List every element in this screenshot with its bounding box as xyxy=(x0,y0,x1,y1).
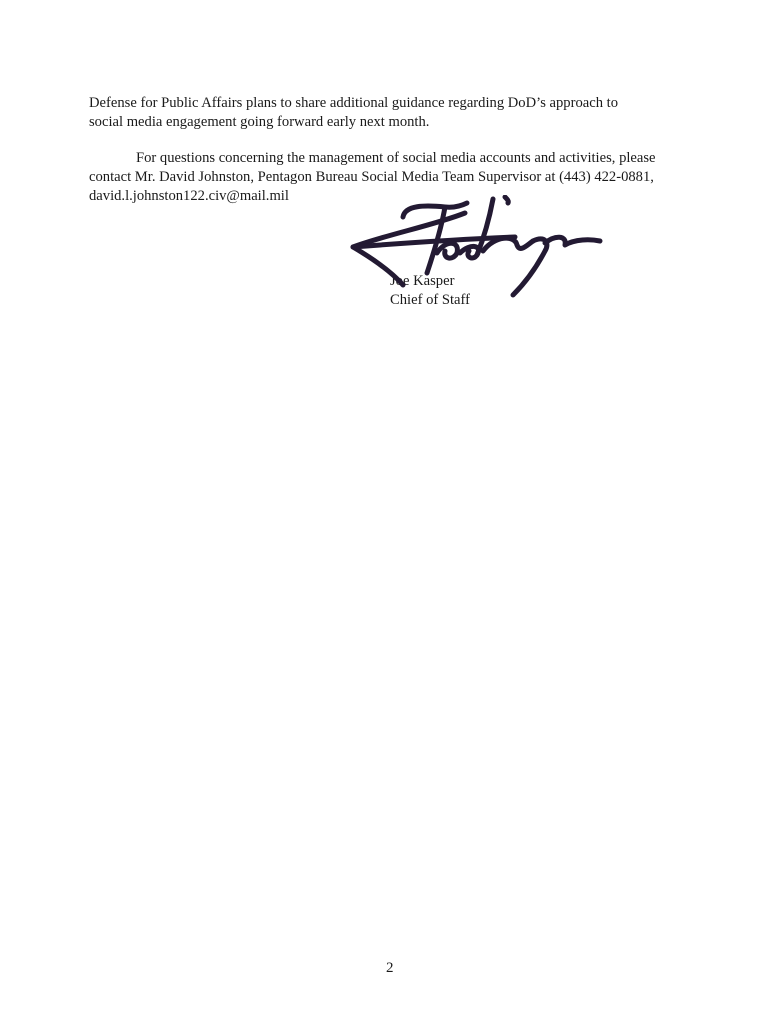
text-line: Defense for Public Affairs plans to shar… xyxy=(89,94,709,113)
page-number: 2 xyxy=(386,960,394,977)
handwritten-signature-icon xyxy=(345,195,610,300)
paragraph-public-affairs-guidance: Defense for Public Affairs plans to shar… xyxy=(89,94,709,132)
text-line: social media engagement going forward ea… xyxy=(89,113,709,132)
text-line: contact Mr. David Johnston, Pentagon Bur… xyxy=(89,168,709,187)
document-page: Defense for Public Affairs plans to shar… xyxy=(0,0,780,1024)
text-line: For questions concerning the management … xyxy=(89,149,709,168)
